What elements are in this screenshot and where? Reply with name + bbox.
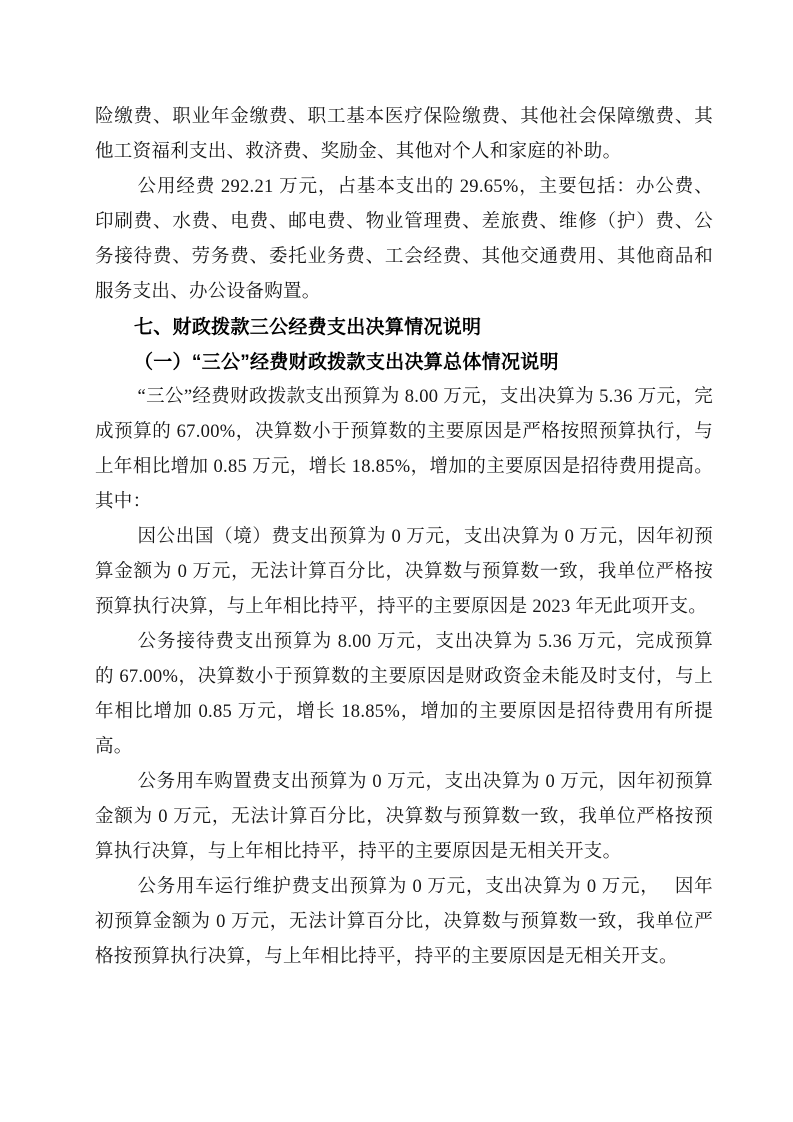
paragraph-abroad-expense: 因公出国（境）费支出预算为 0 万元，支出决算为 0 万元，因年初预算金额为 0… (95, 520, 713, 625)
paragraph-welfare-continuation: 险缴费、职业年金缴费、职工基本医疗保险缴费、其他社会保障缴费、其他工资福利支出、… (95, 100, 713, 170)
subsection-heading-one: （一）“三公”经费财政拨款支出决算总体情况说明 (95, 345, 713, 380)
paragraph-vehicle-maintenance: 公务用车运行维护费支出预算为 0 万元，支出决算为 0 万元， 因年初预算金额为… (95, 870, 713, 975)
section-heading-seven: 七、财政拨款三公经费支出决算情况说明 (95, 310, 713, 345)
paragraph-sangong-overall: “三公”经费财政拨款支出预算为 8.00 万元，支出决算为 5.36 万元，完成… (95, 380, 713, 520)
paragraph-official-reception: 公务接待费支出预算为 8.00 万元，支出决算为 5.36 万元，完成预算的 6… (95, 625, 713, 765)
document-page: 险缴费、职业年金缴费、职工基本医疗保险缴费、其他社会保障缴费、其他工资福利支出、… (0, 0, 793, 1122)
paragraph-vehicle-purchase: 公务用车购置费支出预算为 0 万元，支出决算为 0 万元，因年初预算金额为 0 … (95, 765, 713, 870)
paragraph-public-funds: 公用经费 292.21 万元，占基本支出的 29.65%，主要包括：办公费、印刷… (95, 170, 713, 310)
